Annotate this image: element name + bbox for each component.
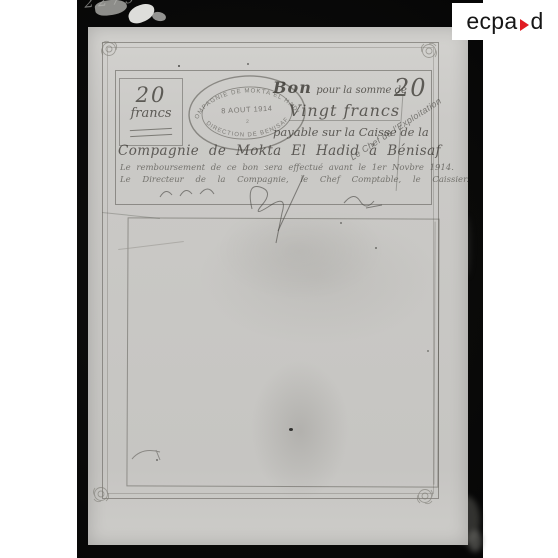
corner-amount-numerals: 20 [394, 74, 427, 102]
corner-rosette-bottom-right [415, 486, 435, 506]
amount-in-words: Vingt francs [289, 101, 400, 121]
denomination-box: 20 francs [119, 78, 183, 146]
photographed-document-sheet: 20 francs COMPAGNIE DE MOKTA EL HADID 8 … [88, 27, 468, 545]
dust-speck [178, 65, 180, 67]
underline-flourish [130, 128, 172, 137]
company-name-line: Compagnie de Mokta El Hadid à Bénisaf [118, 143, 441, 159]
bright-speck [264, 167, 266, 169]
corner-rosette-top-left [99, 39, 119, 59]
watermark-text-right: d [530, 10, 543, 33]
dust-speck [247, 63, 249, 65]
corner-rosette-top-right [419, 41, 439, 61]
denomination-value: 20 [120, 83, 182, 107]
watermark-text-left: ecpa [466, 10, 517, 33]
hook-scratch [130, 445, 166, 465]
verso-double-rule [433, 222, 435, 485]
ecpad-watermark: ecpa d [452, 3, 558, 40]
play-triangle-icon [520, 19, 529, 31]
corner-rosette-bottom-left [91, 484, 111, 504]
emulsion-chip [468, 530, 482, 552]
denomination-unit: francs [120, 107, 182, 121]
dust-speck [375, 247, 377, 249]
bon-title-line: Bon pour la somme de [273, 78, 407, 98]
bon-voucher: 20 francs COMPAGNIE DE MOKTA EL HADID 8 … [115, 70, 432, 205]
dust-speck [340, 222, 342, 224]
scanned-archive-photo: 2279 [0, 0, 558, 558]
dust-speck [427, 350, 429, 352]
stamp-date-text: 8 AOUT 1914 [221, 104, 273, 116]
dust-speck [289, 428, 293, 431]
bon-title-word: Bon [273, 78, 312, 97]
payable-clause: payable sur la Caisse de la [273, 125, 429, 139]
stamp-center-mark: 2 [246, 119, 249, 125]
blank-verso-rectangle [126, 217, 439, 487]
redemption-clause: Le remboursement de ce bon sera effectué… [120, 163, 454, 173]
